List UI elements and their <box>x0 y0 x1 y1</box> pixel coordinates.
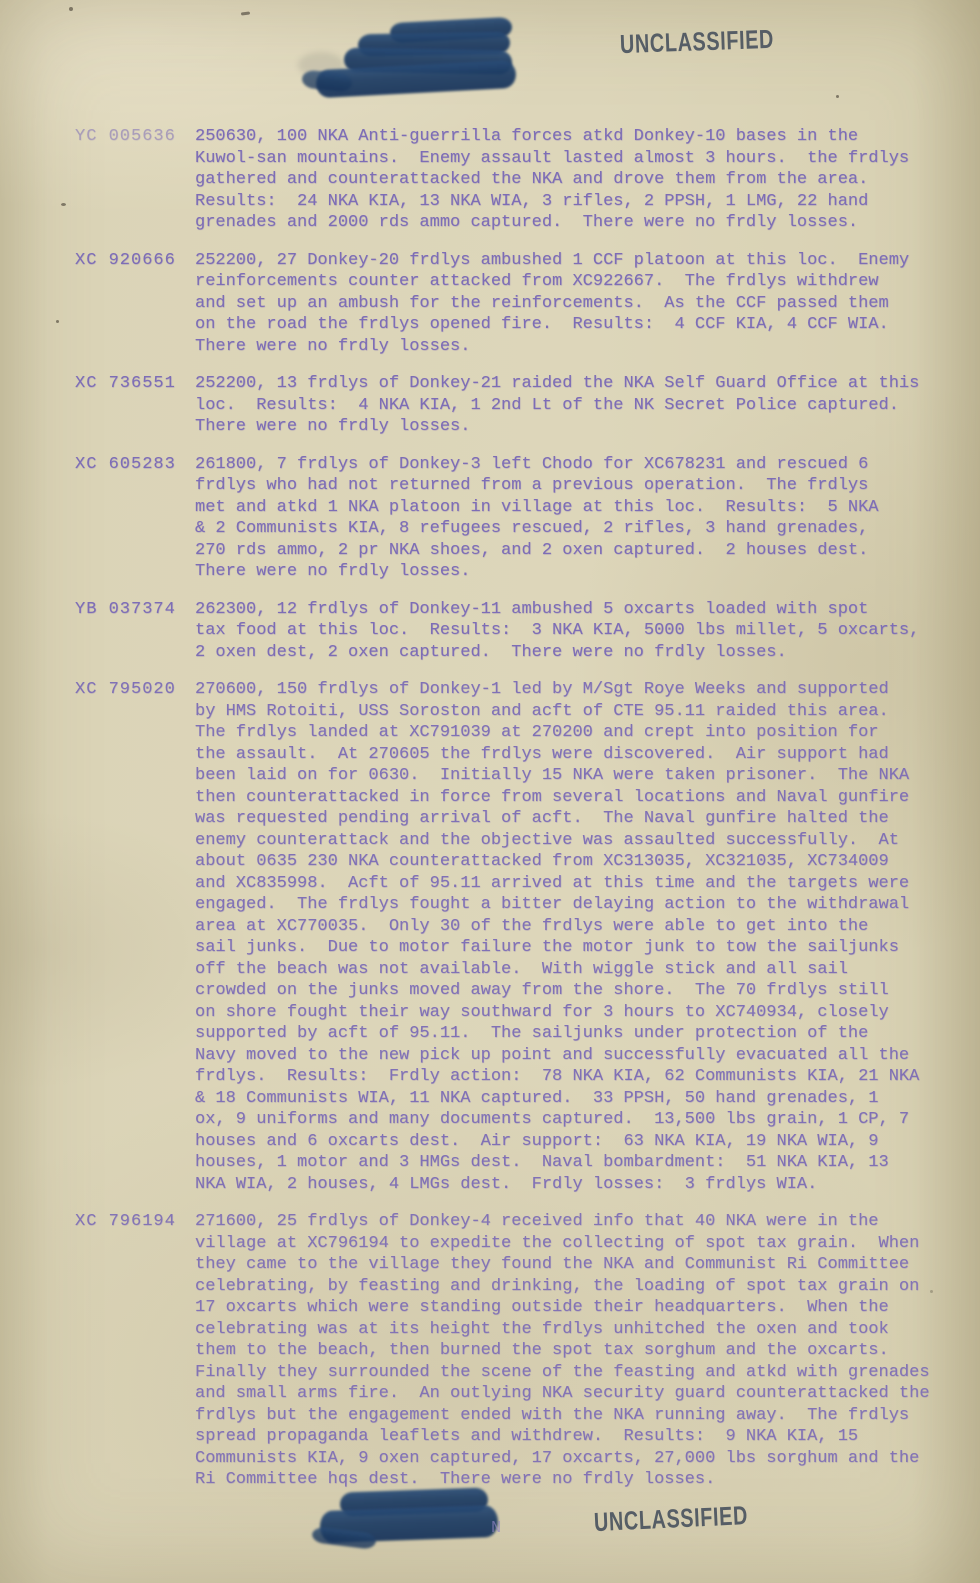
entry-text: 262300, 12 frdlys of Donkey-11 ambushed … <box>195 599 955 664</box>
redaction-mark-top <box>316 20 521 98</box>
log-entry: XC 605283 261800, 7 frdlys of Donkey-3 l… <box>75 454 955 583</box>
redaction-mark-bottom <box>320 1488 505 1556</box>
log-entry: XC 920666 252200, 27 Donkey-20 frdlys am… <box>75 250 955 358</box>
grid-coordinate: XC 605283 <box>75 454 195 583</box>
paper-speck <box>61 203 66 206</box>
entry-text: 252200, 13 frdlys of Donkey-21 raided th… <box>195 373 955 438</box>
log-entry: XC 736551 252200, 13 frdlys of Donkey-21… <box>75 373 955 438</box>
faint-typed-character: N <box>491 1518 501 1540</box>
paper-speck <box>930 1290 933 1293</box>
scanned-document-page: UNCLASSIFIED YC 005636 250630, 100 NKA A… <box>0 0 980 1583</box>
entry-text: 271600, 25 frdlys of Donkey-4 received i… <box>195 1211 955 1491</box>
entry-text: 270600, 150 frdlys of Donkey-1 led by M/… <box>195 679 955 1195</box>
grid-coordinate: XC 796194 <box>75 1211 195 1491</box>
grid-coordinate: XC 920666 <box>75 250 195 358</box>
paper-speck <box>836 95 839 98</box>
log-entry: XC 795020 270600, 150 frdlys of Donkey-1… <box>75 679 955 1195</box>
unclassified-stamp-bottom: UNCLASSIFIED <box>593 1500 748 1537</box>
grid-coordinate: YC 005636 <box>75 126 195 234</box>
paper-speck <box>56 320 59 323</box>
log-entry: XC 796194 271600, 25 frdlys of Donkey-4 … <box>75 1211 955 1491</box>
grid-coordinate: YB 037374 <box>75 599 195 664</box>
paper-speck <box>241 11 250 15</box>
entry-text: 252200, 27 Donkey-20 frdlys ambushed 1 C… <box>195 250 955 358</box>
paper-speck <box>69 7 73 11</box>
entry-list: YC 005636 250630, 100 NKA Anti-guerrilla… <box>75 126 955 1507</box>
entry-text: 250630, 100 NKA Anti-guerrilla forces at… <box>195 126 955 234</box>
unclassified-stamp-top: UNCLASSIFIED <box>619 24 774 60</box>
grid-coordinate: XC 736551 <box>75 373 195 438</box>
log-entry: YC 005636 250630, 100 NKA Anti-guerrilla… <box>75 126 955 234</box>
grid-coordinate: XC 795020 <box>75 679 195 1195</box>
log-entry: YB 037374 262300, 12 frdlys of Donkey-11… <box>75 599 955 664</box>
entry-text: 261800, 7 frdlys of Donkey-3 left Chodo … <box>195 454 955 583</box>
